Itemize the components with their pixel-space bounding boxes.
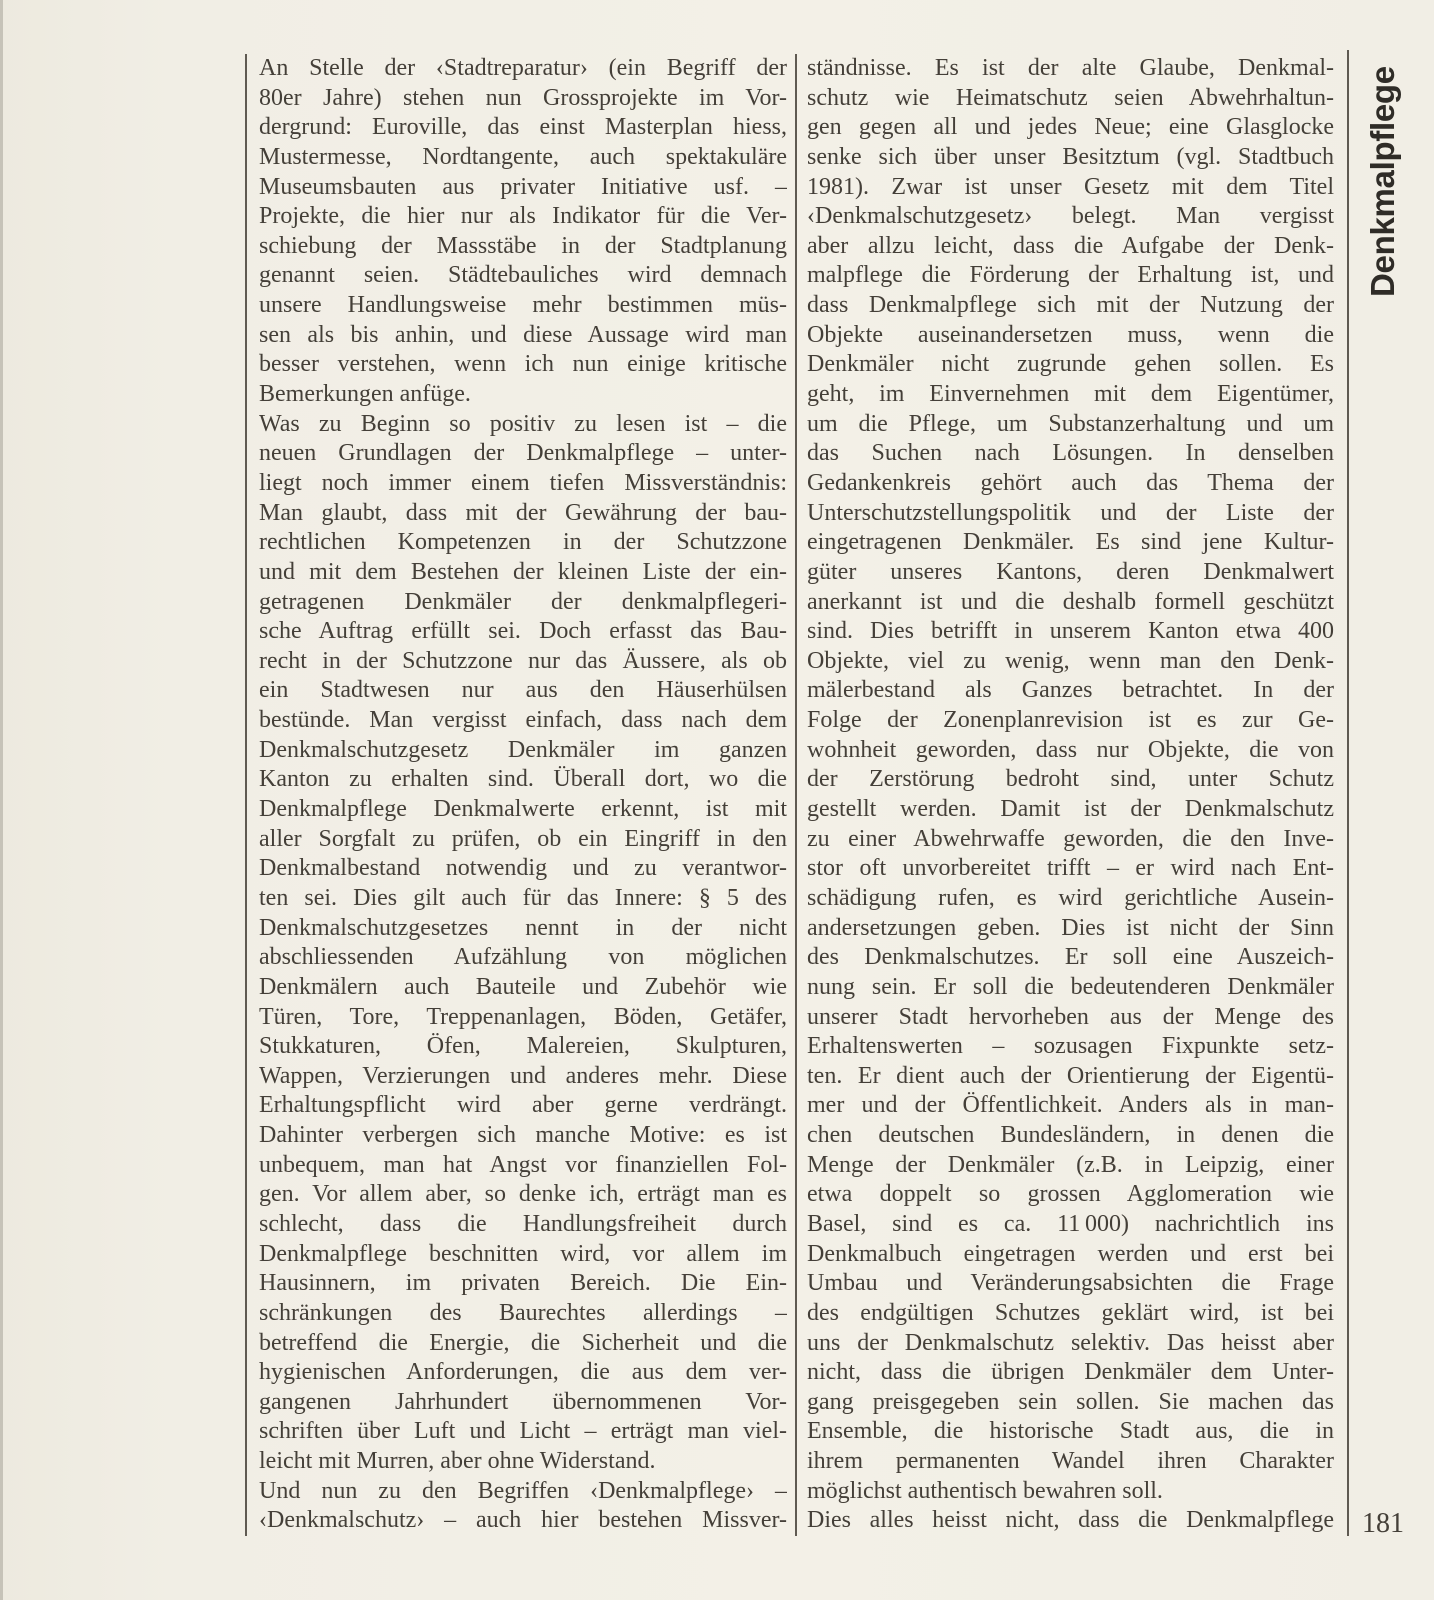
text-line: Museumsbauten aus privater Initiative us… [259,173,787,203]
text-line: schutz wie Heimatschutz seien Abwehrhalt… [807,84,1334,114]
text-line: Was zu Beginn so positiv zu lesen ist – … [259,410,787,440]
text-line: dass Denkmalpflege sich mit der Nutzung … [807,291,1334,321]
page-number: 181 [1362,1508,1404,1540]
scan-edge-shadow [0,0,3,1600]
text-line: Dies alles heisst nicht, dass die Denkma… [807,1506,1334,1536]
text-line: geht, im Einvernehmen mit dem Eigentümer… [807,380,1334,410]
text-line: rechtlichen Kompetenzen in der Schutzzon… [259,528,787,558]
text-line: Denkmalbestand notwendig und zu verantwo… [259,854,787,884]
text-line: aber allzu leicht, dass die Aufgabe der … [807,232,1334,262]
text-line: Dahinter verbergen sich manche Motive: e… [259,1121,787,1151]
text-line: Objekte auseinandersetzen muss, wenn die [807,321,1334,351]
scanned-page: An Stelle der ‹Stadtreparatur› (ein Begr… [0,0,1434,1600]
text-line: Menge der Denkmäler (z.B. in Leipzig, ei… [807,1151,1334,1181]
text-line: sche Auftrag erfüllt sei. Doch erfasst d… [259,617,787,647]
text-line: Basel, sind es ca. 11 000) nachrichtlich… [807,1210,1334,1240]
right-text-column: ständnisse. Es ist der alte Glaube, Denk… [807,54,1334,1536]
text-line: Bemerkungen anfüge. [259,380,787,410]
text-line: besser verstehen, wenn ich nun einige kr… [259,350,787,380]
margin-label: Denkmalpflege [1358,52,1408,297]
text-line: Objekte, viel zu wenig, wenn man den Den… [807,647,1334,677]
text-line: 1981). Zwar ist unser Gesetz mit dem Tit… [807,173,1334,203]
text-line: gangenen Jahrhundert übernommenen Vor- [259,1388,787,1418]
text-line: chen deutschen Bundesländern, in denen d… [807,1121,1334,1151]
column-divider-rule [795,54,797,1536]
text-line: Hausinnern, im privaten Bereich. Die Ein… [259,1269,787,1299]
text-line: unbequem, man hat Angst vor finanziellen… [259,1151,787,1181]
text-line: malpflege die Förderung der Erhaltung is… [807,261,1334,291]
text-line: 80er Jahre) stehen nun Grossprojekte im … [259,84,787,114]
text-line: betreffend die Energie, die Sicherheit u… [259,1329,787,1359]
text-line: Unterschutzstellungspolitik und der List… [807,499,1334,529]
text-line: Denkmalpflege Denkmalwerte erkennt, ist … [259,795,787,825]
text-line: Ensemble, die historische Stadt aus, die… [807,1417,1334,1447]
text-line: Denkmalbuch eingetragen werden und erst … [807,1240,1334,1270]
text-line: schlecht, dass die Handlungsfreiheit dur… [259,1210,787,1240]
text-line: leicht mit Murren, aber ohne Widerstand. [259,1447,787,1477]
text-line: nicht, dass die übrigen Denkmäler dem Un… [807,1358,1334,1388]
text-line: aller Sorgfalt zu prüfen, ob ein Eingrif… [259,825,787,855]
margin-label-text: Denkmalpflege [1364,66,1401,297]
text-line: schädigung rufen, es wird gerichtliche A… [807,884,1334,914]
text-line: Denkmäler nicht zugrunde gehen sollen. E… [807,350,1334,380]
text-line: An Stelle der ‹Stadtreparatur› (ein Begr… [259,54,787,84]
text-line: des endgültigen Schutzes geklärt wird, i… [807,1299,1334,1329]
text-line: andersetzungen geben. Dies ist nicht der… [807,914,1334,944]
text-line: das Suchen nach Lösungen. In denselben [807,439,1334,469]
text-line: zu einer Abwehrwaffe geworden, die den I… [807,825,1334,855]
text-line: schriften über Luft und Licht – erträgt … [259,1417,787,1447]
text-line: Denkmalschutzgesetzes nennt in der nicht [259,914,787,944]
text-line: schiebung der Massstäbe in der Stadtplan… [259,232,787,262]
text-line: Umbau und Veränderungsabsichten die Frag… [807,1269,1334,1299]
text-line: schränkungen des Baurechtes allerdings – [259,1299,787,1329]
text-line: gen. Vor allem aber, so denke ich, erträ… [259,1180,787,1210]
text-line: ‹Denkmalschutzgesetz› belegt. Man vergis… [807,202,1334,232]
text-line: Wappen, Verzierungen und anderes mehr. D… [259,1062,787,1092]
right-margin-rule [1347,50,1349,1536]
text-line: der Zerstörung bedroht sind, unter Schut… [807,765,1334,795]
text-line: bestünde. Man vergisst einfach, dass nac… [259,706,787,736]
text-line: Gedankenkreis gehört auch das Thema der [807,469,1334,499]
text-line: ihrem permanenten Wandel ihren Charakter [807,1447,1334,1477]
text-line: Denkmalschutzgesetz Denkmäler im ganzen [259,736,787,766]
text-line: gestellt werden. Damit ist der Denkmalsc… [807,795,1334,825]
text-line: des Denkmalschutzes. Er soll eine Auszei… [807,943,1334,973]
text-line: nung sein. Er soll die bedeutenderen Den… [807,973,1334,1003]
text-line: unserer Stadt hervorheben aus der Menge … [807,1003,1334,1033]
text-line: um die Pflege, um Substanzerhaltung und … [807,410,1334,440]
text-line: sen als bis anhin, und diese Aussage wir… [259,321,787,351]
text-line: möglichst authentisch bewahren soll. [807,1477,1334,1507]
text-line: unsere Handlungsweise mehr bestimmen müs… [259,291,787,321]
text-line: Türen, Tore, Treppenanlagen, Böden, Getä… [259,1003,787,1033]
text-line: gen gegen all und jedes Neue; eine Glasg… [807,113,1334,143]
text-line: Projekte, die hier nur als Indikator für… [259,202,787,232]
text-line: etwa doppelt so grossen Agglomeration wi… [807,1180,1334,1210]
text-line: ten sei. Dies gilt auch für das Innere: … [259,884,787,914]
text-line: Mustermesse, Nordtangente, auch spektaku… [259,143,787,173]
text-line: abschliessenden Aufzählung von möglichen [259,943,787,973]
text-line: Erhaltenswerten – sozusagen Fixpunkte se… [807,1032,1334,1062]
text-line: Erhaltungspflicht wird aber gerne verdrä… [259,1091,787,1121]
text-line: anerkannt ist und die deshalb formell ge… [807,588,1334,618]
text-line: uns der Denkmalschutz selektiv. Das heis… [807,1329,1334,1359]
text-line: recht in der Schutzzone nur das Äussere,… [259,647,787,677]
text-line: neuen Grundlagen der Denkmalpflege – unt… [259,439,787,469]
text-line: Stukkaturen, Öfen, Malereien, Skulpturen… [259,1032,787,1062]
text-line: sind. Dies betrifft in unserem Kanton et… [807,617,1334,647]
text-line: genannt seien. Städtebauliches wird demn… [259,261,787,291]
text-line: Denkmälern auch Bauteile und Zubehör wie [259,973,787,1003]
text-line: mer und der Öffentlichkeit. Anders als i… [807,1091,1334,1121]
text-line: dergrund: Euroville, das einst Masterpla… [259,113,787,143]
left-text-column: An Stelle der ‹Stadtreparatur› (ein Begr… [259,54,787,1536]
text-line: und mit dem Bestehen der kleinen Liste d… [259,558,787,588]
text-line: güter unseres Kantons, deren Denkmalwert [807,558,1334,588]
text-line: ständnisse. Es ist der alte Glaube, Denk… [807,54,1334,84]
text-line: ten. Er dient auch der Orientierung der … [807,1062,1334,1092]
text-line: ein Stadtwesen nur aus den Häuserhülsen [259,676,787,706]
text-line: Kanton zu erhalten sind. Überall dort, w… [259,765,787,795]
text-line: senke sich über unser Besitztum (vgl. St… [807,143,1334,173]
left-margin-rule [245,54,247,1536]
text-line: liegt noch immer einem tiefen Missverstä… [259,469,787,499]
text-line: mälerbestand als Ganzes betrachtet. In d… [807,676,1334,706]
text-line: wohnheit geworden, dass nur Objekte, die… [807,736,1334,766]
text-line: eingetragenen Denkmäler. Es sind jene Ku… [807,528,1334,558]
text-line: getragenen Denkmäler der denkmalpflegeri… [259,588,787,618]
text-line: gang preisgegeben sein sollen. Sie mache… [807,1388,1334,1418]
text-line: ‹Denkmalschutz› – auch hier bestehen Mis… [259,1506,787,1536]
text-line: Denkmalpflege beschnitten wird, vor alle… [259,1240,787,1270]
text-line: hygienischen Anforderungen, die aus dem … [259,1358,787,1388]
text-line: Folge der Zonenplanrevision ist es zur G… [807,706,1334,736]
text-line: stor oft unvorbereitet trifft – er wird … [807,854,1334,884]
text-line: Man glaubt, dass mit der Gewährung der b… [259,499,787,529]
text-line: Und nun zu den Begriffen ‹Denkmalpflege›… [259,1477,787,1507]
